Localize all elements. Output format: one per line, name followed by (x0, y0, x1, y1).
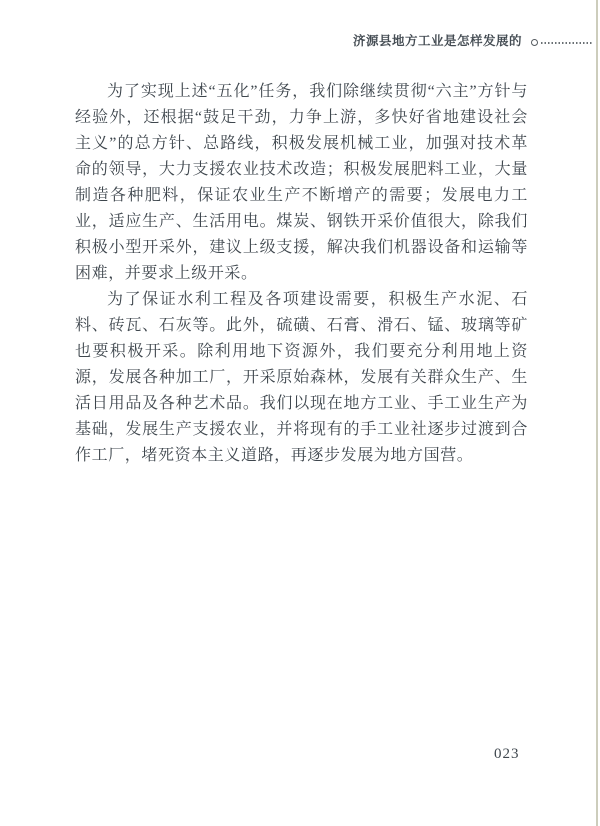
page-edge-shadow (596, 0, 598, 826)
book-page: 济源县地方工业是怎样发展的 为了实现上述“五化”任务，我们除继续贯彻“六主”方针… (0, 0, 600, 826)
circle-outline-icon (531, 39, 538, 46)
running-head: 济源县地方工业是怎样发展的 (0, 31, 593, 51)
body-text: 为了实现上述“五化”任务，我们除继续贯彻“六主”方针与经验外，还根据“鼓足干劲，… (75, 79, 528, 469)
chapter-title: 济源县地方工业是怎样发展的 (353, 31, 522, 51)
dotted-rule (541, 42, 593, 44)
paragraph: 为了实现上述“五化”任务，我们除继续贯彻“六主”方针与经验外，还根据“鼓足干劲，… (75, 79, 528, 287)
paragraph: 为了保证水利工程及各项建设需要，积极生产水泥、石料、砖瓦、石灰等。此外，硫磺、石… (75, 287, 528, 469)
page-number: 023 (494, 746, 520, 763)
